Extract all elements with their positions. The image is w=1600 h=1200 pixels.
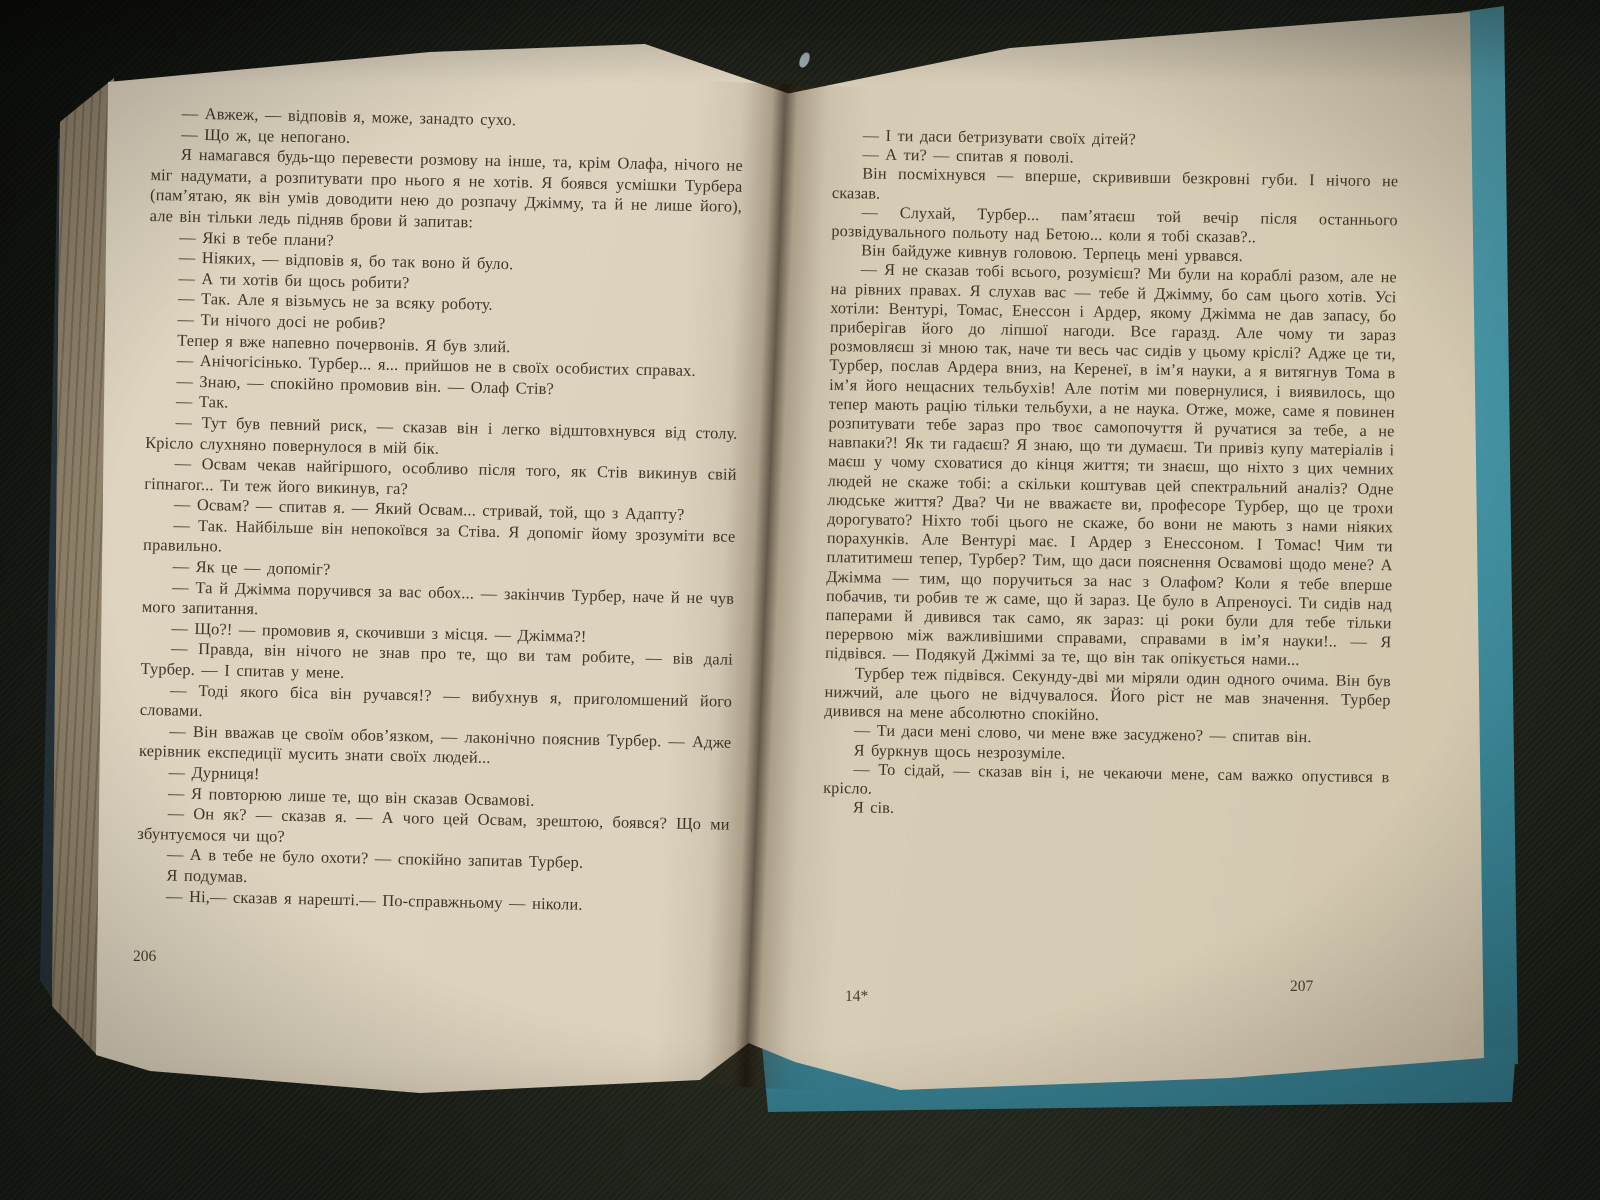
paragraph: Я намагався будь-що перевести розмову на… — [150, 144, 744, 238]
left-page-number: 206 — [133, 948, 156, 966]
paragraph: Турбер теж підвівся. Секунду-дві ми міря… — [824, 664, 1391, 730]
signature-mark: 14* — [845, 988, 868, 1006]
paragraph: — Я не сказав тобі всього, розумієш? Ми … — [825, 260, 1397, 672]
right-page-number: 207 — [1290, 978, 1313, 996]
right-page-text: — І ти даси бетризувати своїх дітей?— А … — [823, 126, 1399, 826]
photo-scene: — Авжеж, — відповів я, може, занадто сух… — [0, 0, 1600, 1200]
left-page-text: — Авжеж, — відповів я, може, занадто сух… — [136, 103, 744, 918]
